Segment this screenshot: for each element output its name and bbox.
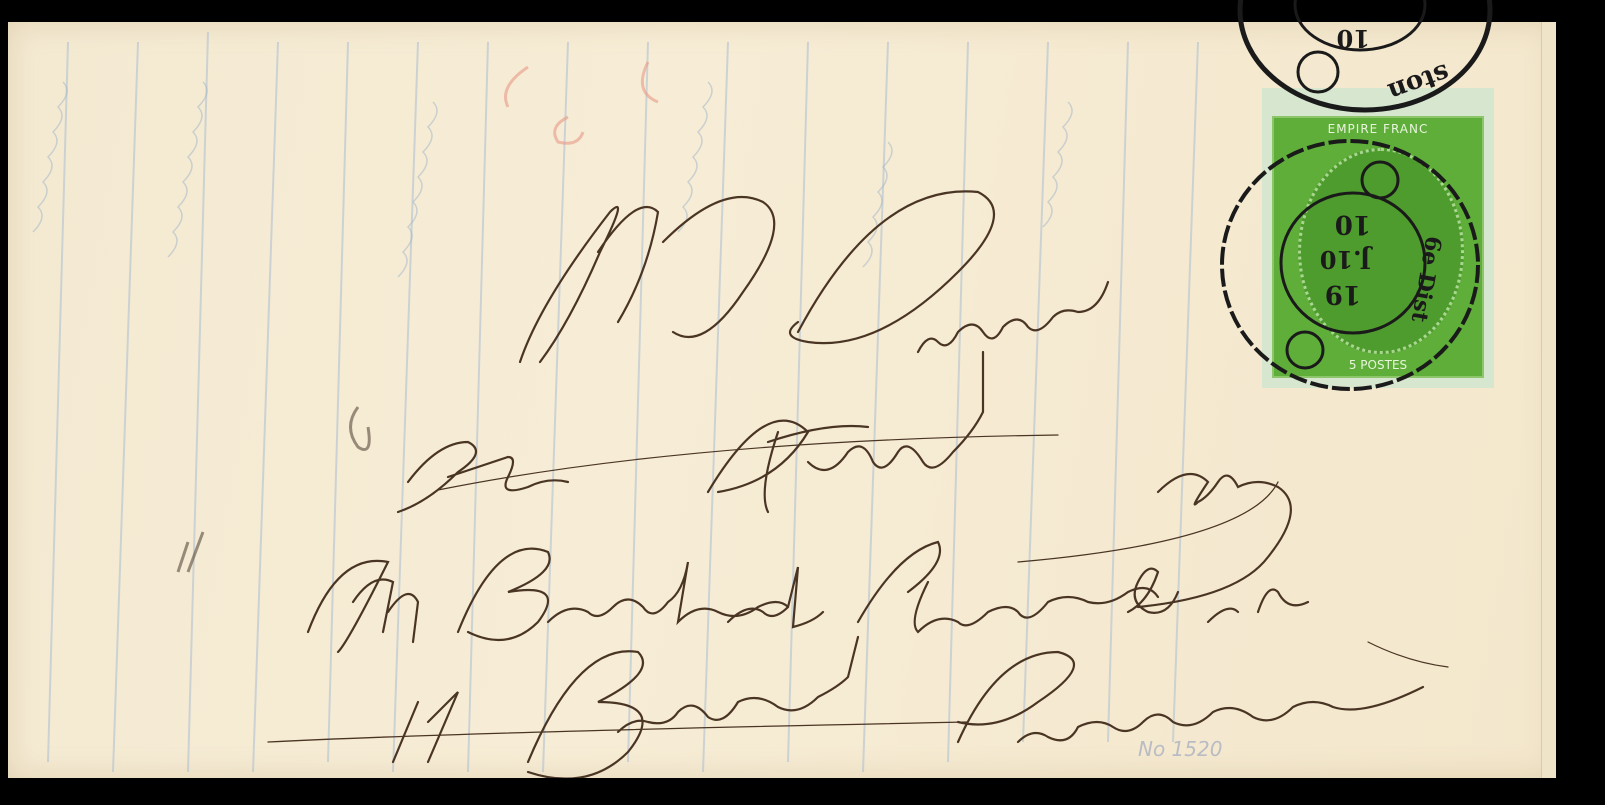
postmark-top-right: 10 ston [1230,0,1500,120]
svg-text:19: 19 [1325,279,1361,309]
postmark-stamp-cancel: 19 J.10 10 6e Dist [1215,135,1490,400]
svg-text:6e Dist: 6e Dist [1406,234,1447,325]
pencil-note: No 1520 [1138,737,1222,761]
svg-text:10: 10 [1337,24,1370,53]
stamp-top-inscription: EMPIRE FRANC [1274,122,1482,136]
svg-text:10: 10 [1335,209,1371,239]
svg-text:J.10: J.10 [1320,245,1373,274]
